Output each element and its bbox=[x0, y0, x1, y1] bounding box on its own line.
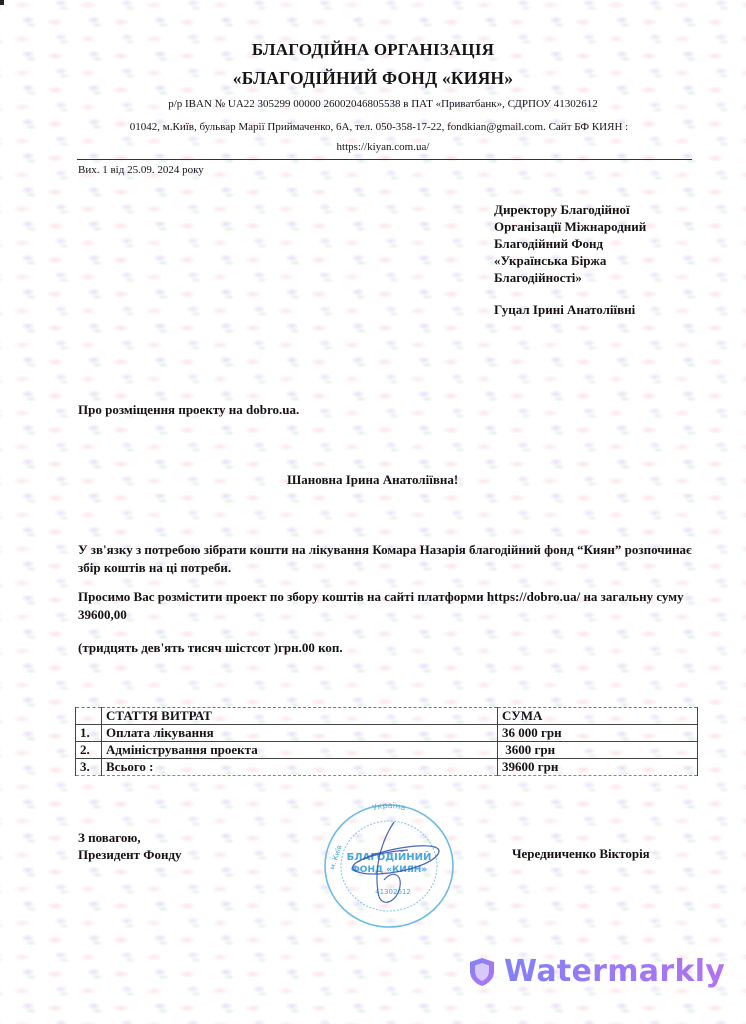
org-name: «БЛАГОДІЙНИЙ ФОНД «КИЯН» bbox=[0, 68, 746, 89]
table-row: 3. Всього : 39600 грн bbox=[76, 759, 698, 776]
addressee-line: Благодійний Фонд bbox=[494, 235, 646, 252]
table-row: 2. Адміністрування проекта 3600 грн bbox=[76, 742, 698, 759]
row-number: 1. bbox=[76, 725, 102, 742]
salutation: Шановна Ірина Анатоліївна! bbox=[287, 472, 458, 488]
row-number: 2. bbox=[76, 742, 102, 759]
body-paragraph-1: У зв'язку з потребою зібрати кошти на лі… bbox=[78, 541, 693, 577]
expenses-table: СТАТТЯ ВИТРАТ СУМА 1. Оплата лікування 3… bbox=[75, 707, 698, 776]
closing-position: Президент Фонду bbox=[78, 846, 182, 863]
row-sum: 36 000 грн bbox=[498, 725, 698, 742]
row-item: Адміністрування проекта bbox=[102, 742, 498, 759]
watermarkly-overlay: Watermarkly bbox=[468, 954, 725, 989]
bank-details: р/р IBAN № UA22 305299 00000 26002046805… bbox=[10, 98, 746, 110]
outgoing-reference: Вих. 1 від 25.09. 2024 року bbox=[78, 164, 204, 176]
body-paragraph-2: Просимо Вас розмістити проект по збору к… bbox=[78, 588, 693, 624]
table-row: 1. Оплата лікування 36 000 грн bbox=[76, 725, 698, 742]
header-sum: СУМА bbox=[498, 708, 698, 725]
svg-text:Україна: Україна bbox=[371, 801, 406, 813]
row-number: 3. bbox=[76, 759, 102, 776]
closing-regards: З повагою, bbox=[78, 829, 182, 846]
row-item: Всього : bbox=[102, 759, 498, 776]
letter-page: БЛАГОДІЙНА ОРГАНІЗАЦІЯ «БЛАГОДІЙНИЙ ФОНД… bbox=[0, 0, 746, 1024]
addressee-block: Директору Благодійної Організації Міжнар… bbox=[494, 201, 646, 286]
shield-icon bbox=[468, 957, 496, 987]
row-sum: 39600 грн bbox=[498, 759, 698, 776]
addressee-line: Благодійності» bbox=[494, 269, 646, 286]
addressee-name: Гуцал Ірині Анатоліївні bbox=[494, 302, 635, 318]
header-number bbox=[76, 708, 102, 725]
table-header-row: СТАТТЯ ВИТРАТ СУМА bbox=[76, 708, 698, 725]
addressee-line: Організації Міжнародний bbox=[494, 218, 646, 235]
letterhead-divider bbox=[77, 159, 692, 160]
organization-stamp: Україна БЛАГОДІЙНИЙ ФОНД «КИЯН» 41302612… bbox=[318, 800, 460, 930]
watermarkly-label: Watermarkly bbox=[504, 954, 725, 989]
closing-block: З повагою, Президент Фонду bbox=[78, 829, 182, 863]
stamp-code: 41302612 bbox=[375, 888, 411, 896]
body-paragraph-3: (тридцять дев'ять тисяч шістсот )грн.00 … bbox=[78, 639, 693, 657]
letter-subject: Про розміщення проекту на dobro.ua. bbox=[78, 402, 299, 418]
address-details: 01042, м.Київ, бульвар Марії Приймаченко… bbox=[6, 121, 746, 133]
addressee-line: Директору Благодійної bbox=[494, 201, 646, 218]
header-item: СТАТТЯ ВИТРАТ bbox=[102, 708, 498, 725]
org-title: БЛАГОДІЙНА ОРГАНІЗАЦІЯ bbox=[0, 40, 746, 60]
addressee-line: «Українська Біржа bbox=[494, 252, 646, 269]
website-link[interactable]: https://kiyan.com.ua/ bbox=[10, 141, 746, 153]
signer-name: Чередниченко Вікторія bbox=[512, 846, 650, 862]
row-sum: 3600 грн bbox=[498, 742, 698, 759]
row-item: Оплата лікування bbox=[102, 725, 498, 742]
